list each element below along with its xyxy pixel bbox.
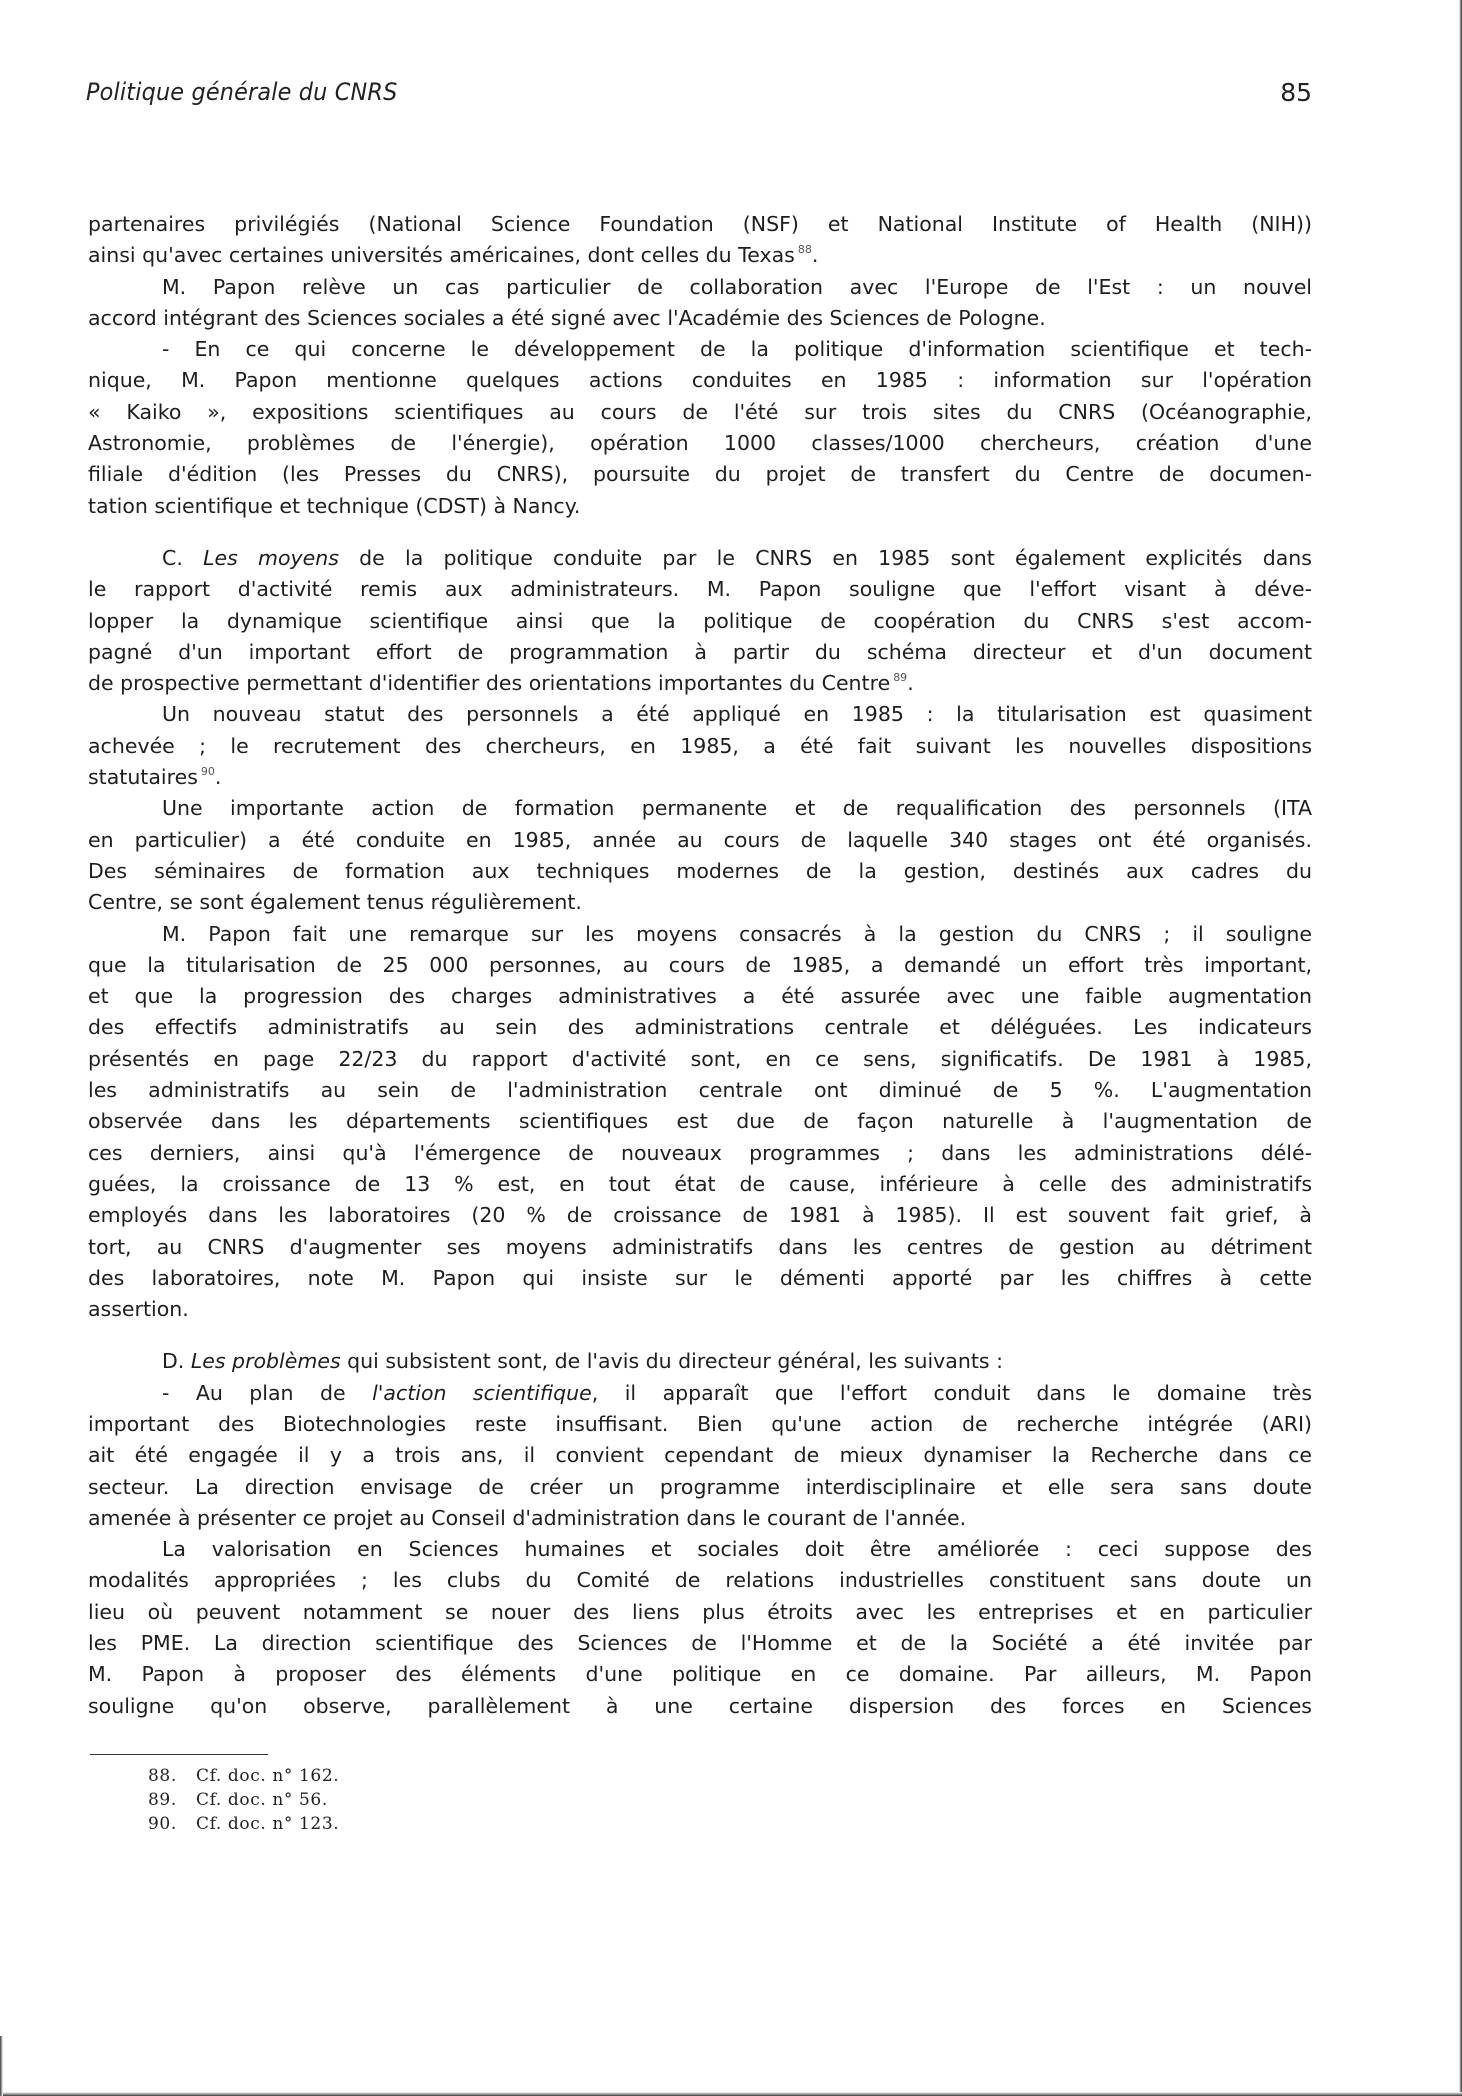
line-text: nique, M. Papon mentionne quelques actio…: [88, 368, 1312, 392]
paragraph-gap: [88, 1325, 1312, 1346]
running-header-title: Politique générale du CNRS: [86, 78, 397, 106]
text-line: de prospective permettant d'identifier d…: [88, 668, 1312, 699]
line-text: M. Papon à proposer des éléments d'une p…: [88, 1662, 1312, 1686]
line-text: guées, la croissance de 13 % est, en tou…: [88, 1172, 1312, 1196]
text-line-content: assertion.: [88, 1294, 1312, 1325]
footnote-number: 89.: [148, 1788, 196, 1812]
text-line-content: La valorisation en Sciences humaines et …: [162, 1534, 1312, 1565]
text-line: lopper la dynamique scientifique ainsi q…: [88, 606, 1312, 637]
line-text: modalités appropriées ; les clubs du Com…: [88, 1568, 1312, 1592]
text-line: assertion.: [88, 1294, 1312, 1325]
line-text: des effectifs administratifs au sein des…: [88, 1015, 1312, 1039]
text-line-content: - En ce qui concerne le développement de…: [162, 334, 1312, 365]
text-line-content: employés dans les laboratoires (20 % de …: [88, 1200, 1312, 1231]
line-text: le rapport d'activité remis aux administ…: [88, 577, 1312, 601]
footnote-text: Cf. doc. n° 162.: [196, 1766, 339, 1786]
line-text: de la politique conduite par le CNRS en …: [339, 546, 1312, 570]
text-line: souligne qu'on observe, parallèlement à …: [88, 1691, 1312, 1722]
text-line: nique, M. Papon mentionne quelques actio…: [88, 365, 1312, 396]
text-line: ces derniers, ainsi qu'à l'émergence de …: [88, 1138, 1312, 1169]
text-line-content: ces derniers, ainsi qu'à l'émergence de …: [88, 1138, 1312, 1169]
text-line: les PME. La direction scientifique des S…: [88, 1628, 1312, 1659]
section-label: D.: [162, 1349, 191, 1373]
body-text: partenaires privilégiés (National Scienc…: [88, 209, 1312, 1722]
line-text: les PME. La direction scientifique des S…: [88, 1631, 1312, 1655]
text-line-content: - Au plan de l'action scientifique, il a…: [162, 1378, 1312, 1409]
line-text: M. Papon fait une remarque sur les moyen…: [162, 922, 1312, 946]
line-text: présentés en page 22/23 du rapport d'act…: [88, 1047, 1312, 1071]
text-line: le rapport d'activité remis aux administ…: [88, 574, 1312, 605]
line-text: tation scientifique et technique (CDST) …: [88, 494, 580, 518]
text-line-content: tort, au CNRS d'augmenter ses moyens adm…: [88, 1232, 1312, 1263]
line-text: pagné d'un important effort de programma…: [88, 640, 1312, 664]
paragraph-gap: [88, 522, 1312, 543]
text-line-content: des effectifs administratifs au sein des…: [88, 1012, 1312, 1043]
line-text: La valorisation en Sciences humaines et …: [162, 1537, 1312, 1561]
text-line-content: de prospective permettant d'identifier d…: [88, 668, 1312, 699]
line-text: lieu où peuvent notamment se nouer des l…: [88, 1600, 1312, 1624]
text-line-content: Un nouveau statut des personnels a été a…: [162, 699, 1312, 730]
line-text: Centre, se sont également tenus régulièr…: [88, 890, 582, 914]
text-line-content: que la titularisation de 25 000 personne…: [88, 950, 1312, 981]
footnote-reference[interactable]: 89: [893, 671, 907, 684]
text-line: Astronomie, problèmes de l'énergie), opé…: [88, 428, 1312, 459]
text-line: « Kaiko », expositions scientifiques au …: [88, 397, 1312, 428]
text-line-content: lopper la dynamique scientifique ainsi q…: [88, 606, 1312, 637]
text-line-content: pagné d'un important effort de programma…: [88, 637, 1312, 668]
text-line-content: accord intégrant des Sciences sociales a…: [88, 303, 1312, 334]
line-text: les administratifs au sein de l'administ…: [88, 1078, 1312, 1102]
italic-heading: Les moyens: [203, 546, 339, 570]
line-text: Astronomie, problèmes de l'énergie), opé…: [88, 431, 1312, 455]
text-line: achevée ; le recrutement des chercheurs,…: [88, 731, 1312, 762]
text-line: des laboratoires, note M. Papon qui insi…: [88, 1263, 1312, 1294]
footnote-item: 88.Cf. doc. n° 162.: [148, 1764, 339, 1788]
line-text: et que la progression des charges admini…: [88, 984, 1312, 1008]
line-text: M. Papon relève un cas particulier de co…: [162, 275, 1312, 299]
text-line-content: filiale d'édition (les Presses du CNRS),…: [88, 459, 1312, 490]
punctuation: .: [215, 765, 222, 789]
text-line-content: Des séminaires de formation aux techniqu…: [88, 856, 1312, 887]
footnote-text: Cf. doc. n° 123.: [196, 1814, 339, 1834]
text-line: D. Les problèmes qui subsistent sont, de…: [88, 1346, 1312, 1377]
text-line-content: ainsi qu'avec certaines universités amér…: [88, 240, 1312, 271]
text-line-content: amenée à présenter ce projet au Conseil …: [88, 1503, 1312, 1534]
italic-heading: l'action scientifique: [372, 1381, 592, 1405]
line-text: secteur. La direction envisage de créer …: [88, 1475, 1312, 1499]
text-line: Un nouveau statut des personnels a été a…: [88, 699, 1312, 730]
text-line-content: Centre, se sont également tenus régulièr…: [88, 887, 1312, 918]
text-line-content: souligne qu'on observe, parallèlement à …: [88, 1691, 1312, 1722]
text-line: M. Papon relève un cas particulier de co…: [88, 272, 1312, 303]
footnote-separator-rule: [90, 1754, 268, 1755]
line-text: Une importante action de formation perma…: [162, 796, 1312, 820]
text-line-content: modalités appropriées ; les clubs du Com…: [88, 1565, 1312, 1596]
punctuation: .: [907, 671, 914, 695]
text-line: secteur. La direction envisage de créer …: [88, 1472, 1312, 1503]
line-text: des laboratoires, note M. Papon qui insi…: [88, 1266, 1312, 1290]
text-line: pagné d'un important effort de programma…: [88, 637, 1312, 668]
text-line-content: M. Papon relève un cas particulier de co…: [162, 272, 1312, 303]
text-line: tort, au CNRS d'augmenter ses moyens adm…: [88, 1232, 1312, 1263]
section-label: C.: [162, 546, 203, 570]
text-line-content: Une importante action de formation perma…: [162, 793, 1312, 824]
line-text: Des séminaires de formation aux techniqu…: [88, 859, 1312, 883]
line-text: qui subsistent sont, de l'avis du direct…: [341, 1349, 1003, 1373]
text-line-content: achevée ; le recrutement des chercheurs,…: [88, 731, 1312, 762]
text-line-content: partenaires privilégiés (National Scienc…: [88, 209, 1312, 240]
text-line: Des séminaires de formation aux techniqu…: [88, 856, 1312, 887]
text-line: tation scientifique et technique (CDST) …: [88, 491, 1312, 522]
line-text: ait été engagée il y a trois ans, il con…: [88, 1443, 1312, 1467]
line-text: filiale d'édition (les Presses du CNRS),…: [88, 462, 1312, 486]
line-text: ces derniers, ainsi qu'à l'émergence de …: [88, 1141, 1312, 1165]
text-line: présentés en page 22/23 du rapport d'act…: [88, 1044, 1312, 1075]
line-text: accord intégrant des Sciences sociales a…: [88, 306, 1046, 330]
text-line: Une importante action de formation perma…: [88, 793, 1312, 824]
footnote-item: 89.Cf. doc. n° 56.: [148, 1788, 339, 1812]
footnote-text: Cf. doc. n° 56.: [196, 1790, 328, 1810]
text-line: important des Biotechnologies reste insu…: [88, 1409, 1312, 1440]
line-text: assertion.: [88, 1297, 189, 1321]
text-line: statutaires90.: [88, 762, 1312, 793]
text-line-content: les PME. La direction scientifique des S…: [88, 1628, 1312, 1659]
line-text: tort, au CNRS d'augmenter ses moyens adm…: [88, 1235, 1312, 1259]
line-text: important des Biotechnologies reste insu…: [88, 1412, 1312, 1436]
text-line-content: C. Les moyens de la politique conduite p…: [162, 543, 1312, 574]
text-line-content: nique, M. Papon mentionne quelques actio…: [88, 365, 1312, 396]
text-line: les administratifs au sein de l'administ…: [88, 1075, 1312, 1106]
line-text: en particulier) a été conduite en 1985, …: [88, 828, 1312, 852]
text-line: employés dans les laboratoires (20 % de …: [88, 1200, 1312, 1231]
page-number: 85: [1280, 78, 1312, 107]
footnote-item: 90.Cf. doc. n° 123.: [148, 1812, 339, 1836]
text-line-content: secteur. La direction envisage de créer …: [88, 1472, 1312, 1503]
text-line: - Au plan de l'action scientifique, il a…: [88, 1378, 1312, 1409]
text-line-content: en particulier) a été conduite en 1985, …: [88, 825, 1312, 856]
footnote-reference[interactable]: 88: [798, 243, 812, 256]
line-text: employés dans les laboratoires (20 % de …: [88, 1203, 1312, 1227]
text-line: des effectifs administratifs au sein des…: [88, 1012, 1312, 1043]
text-line-content: le rapport d'activité remis aux administ…: [88, 574, 1312, 605]
text-line: M. Papon fait une remarque sur les moyen…: [88, 919, 1312, 950]
text-line: amenée à présenter ce projet au Conseil …: [88, 1503, 1312, 1534]
line-text: ainsi qu'avec certaines universités amér…: [88, 243, 795, 267]
line-text: souligne qu'on observe, parallèlement à …: [88, 1694, 1312, 1718]
text-line-content: important des Biotechnologies reste insu…: [88, 1409, 1312, 1440]
line-text: partenaires privilégiés (National Scienc…: [88, 212, 1312, 236]
text-line-content: M. Papon fait une remarque sur les moyen…: [162, 919, 1312, 950]
text-line-content: observée dans les départements scientifi…: [88, 1106, 1312, 1137]
text-line: M. Papon à proposer des éléments d'une p…: [88, 1659, 1312, 1690]
text-line: ainsi qu'avec certaines universités amér…: [88, 240, 1312, 271]
text-line-content: statutaires90.: [88, 762, 1312, 793]
line-text: que la titularisation de 25 000 personne…: [88, 953, 1312, 977]
line-text: observée dans les départements scientifi…: [88, 1109, 1312, 1133]
text-line: partenaires privilégiés (National Scienc…: [88, 209, 1312, 240]
text-line-content: « Kaiko », expositions scientifiques au …: [88, 397, 1312, 428]
line-text: , il apparaît que l'effort conduit dans …: [592, 1381, 1312, 1405]
text-line-content: présentés en page 22/23 du rapport d'act…: [88, 1044, 1312, 1075]
text-line-content: les administratifs au sein de l'administ…: [88, 1075, 1312, 1106]
text-line: et que la progression des charges admini…: [88, 981, 1312, 1012]
text-line-content: des laboratoires, note M. Papon qui insi…: [88, 1263, 1312, 1294]
section-label: - Au plan de: [162, 1381, 372, 1405]
text-line: La valorisation en Sciences humaines et …: [88, 1534, 1312, 1565]
scan-page-edge-corner: [0, 2036, 3, 2096]
line-text: statutaires: [88, 765, 198, 789]
text-line: modalités appropriées ; les clubs du Com…: [88, 1565, 1312, 1596]
text-line: - En ce qui concerne le développement de…: [88, 334, 1312, 365]
text-line: lieu où peuvent notamment se nouer des l…: [88, 1597, 1312, 1628]
text-line: Centre, se sont également tenus régulièr…: [88, 887, 1312, 918]
text-line-content: guées, la croissance de 13 % est, en tou…: [88, 1169, 1312, 1200]
text-line-content: lieu où peuvent notamment se nouer des l…: [88, 1597, 1312, 1628]
line-text: amenée à présenter ce projet au Conseil …: [88, 1506, 966, 1530]
text-line-content: M. Papon à proposer des éléments d'une p…: [88, 1659, 1312, 1690]
footnotes: 88.Cf. doc. n° 162.89.Cf. doc. n° 56.90.…: [148, 1764, 339, 1836]
line-text: - En ce qui concerne le développement de…: [162, 337, 1312, 361]
line-text: lopper la dynamique scientifique ainsi q…: [88, 609, 1312, 633]
text-line-content: D. Les problèmes qui subsistent sont, de…: [162, 1346, 1312, 1377]
text-line-content: Astronomie, problèmes de l'énergie), opé…: [88, 428, 1312, 459]
text-line: filiale d'édition (les Presses du CNRS),…: [88, 459, 1312, 490]
line-text: Un nouveau statut des personnels a été a…: [162, 702, 1312, 726]
text-line-content: tation scientifique et technique (CDST) …: [88, 491, 1312, 522]
text-line: observée dans les départements scientifi…: [88, 1106, 1312, 1137]
text-line: guées, la croissance de 13 % est, en tou…: [88, 1169, 1312, 1200]
line-text: de prospective permettant d'identifier d…: [88, 671, 890, 695]
text-line-content: et que la progression des charges admini…: [88, 981, 1312, 1012]
text-line: que la titularisation de 25 000 personne…: [88, 950, 1312, 981]
scan-page-edge-bottom: [0, 2092, 1462, 2096]
text-line: ait été engagée il y a trois ans, il con…: [88, 1440, 1312, 1471]
text-line: en particulier) a été conduite en 1985, …: [88, 825, 1312, 856]
footnote-number: 88.: [148, 1764, 196, 1788]
line-text: achevée ; le recrutement des chercheurs,…: [88, 734, 1312, 758]
text-line-content: ait été engagée il y a trois ans, il con…: [88, 1440, 1312, 1471]
text-line: accord intégrant des Sciences sociales a…: [88, 303, 1312, 334]
line-text: « Kaiko », expositions scientifiques au …: [88, 400, 1312, 424]
footnote-reference[interactable]: 90: [201, 765, 215, 778]
punctuation: .: [812, 243, 819, 267]
italic-heading: Les problèmes: [191, 1349, 341, 1373]
footnote-number: 90.: [148, 1812, 196, 1836]
text-line: C. Les moyens de la politique conduite p…: [88, 543, 1312, 574]
